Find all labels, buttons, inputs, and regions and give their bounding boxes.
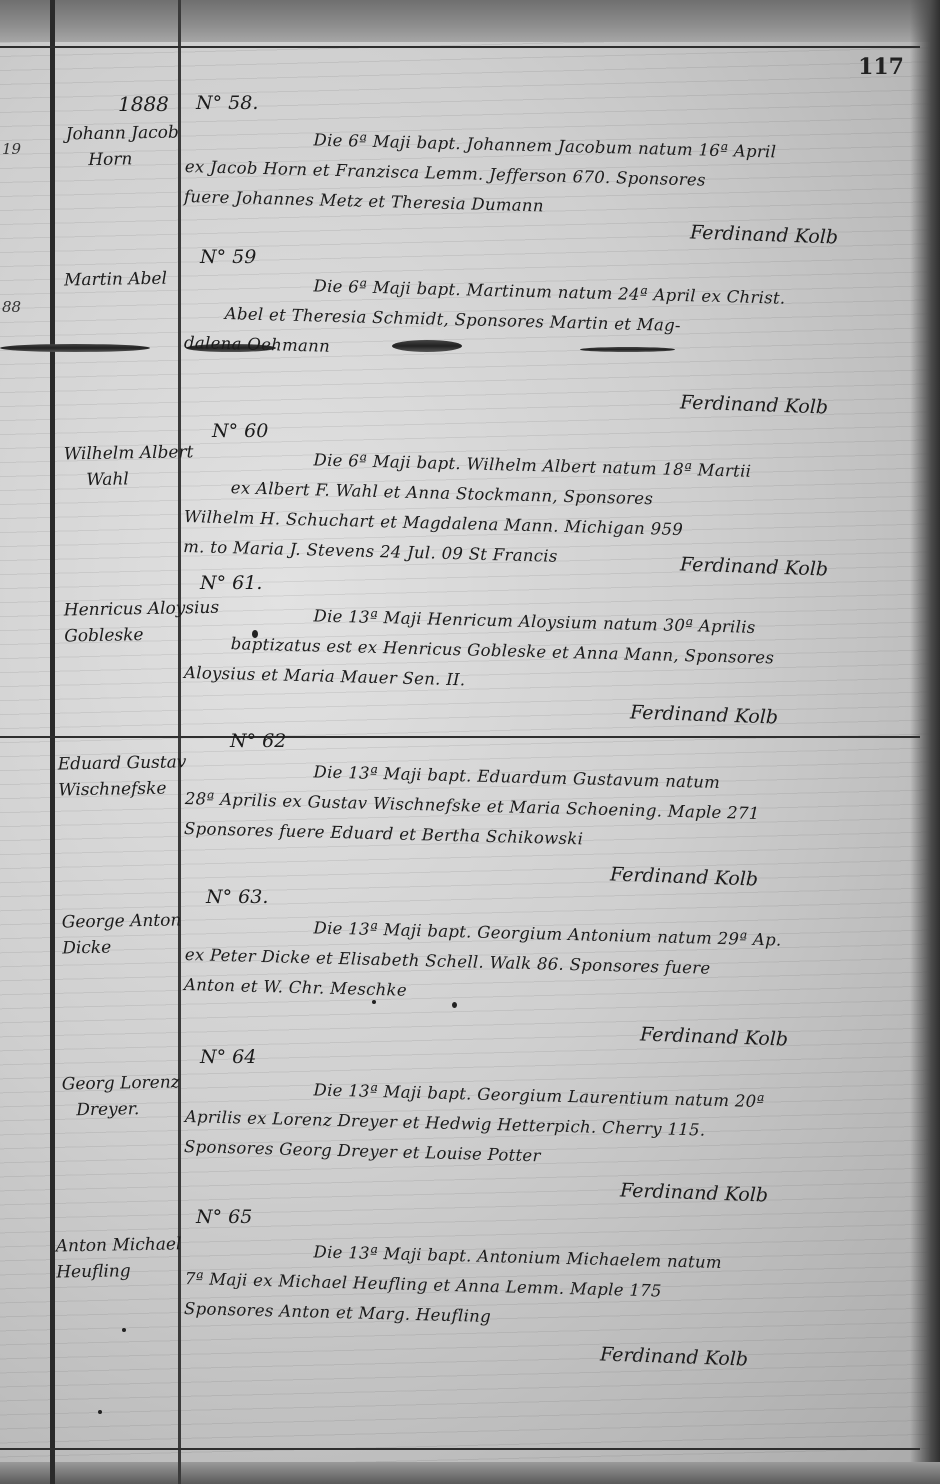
- entry-record: Die 6ª Maji bapt. Martinum natum 24ª Apr…: [184, 268, 906, 377]
- entry-number: N° 63.: [206, 886, 268, 908]
- priest-signature: Ferdinand Kolb: [610, 863, 759, 890]
- entry-number: N° 61.: [200, 572, 262, 594]
- entry-record: Die 13ª Maji bapt. Antonium Michaelem na…: [184, 1234, 906, 1343]
- scan-right-edge: [910, 0, 940, 1484]
- entry-record: Die 13ª Maji bapt. Georgium Laurentium n…: [184, 1072, 906, 1181]
- priest-signature: Ferdinand Kolb: [680, 553, 829, 580]
- ink-speck: [98, 1410, 102, 1414]
- priest-signature: Ferdinand Kolb: [620, 1179, 769, 1206]
- header-rule: [0, 46, 920, 48]
- priest-signature: Ferdinand Kolb: [640, 1023, 789, 1050]
- scan-bottom-edge: [0, 1462, 940, 1484]
- scan-top-shadow: [0, 0, 940, 42]
- margin-mark: 88: [2, 298, 21, 316]
- entry-number: N° 58.: [196, 92, 258, 114]
- priest-signature: Ferdinand Kolb: [600, 1343, 749, 1370]
- margin-rule: [50, 0, 55, 1484]
- page-number: 117: [858, 54, 904, 80]
- entry-record: Die 13ª Maji bapt. Eduardum Gustavum nat…: [184, 754, 906, 863]
- ink-speck: [122, 1328, 126, 1332]
- ink-strike: [0, 344, 150, 352]
- section-rule: [0, 736, 920, 738]
- ink-speck: [452, 1002, 457, 1008]
- margin-mark: 19: [2, 140, 21, 158]
- priest-signature: Ferdinand Kolb: [630, 701, 779, 728]
- entry-number: N° 64: [200, 1046, 256, 1068]
- entry-record: Die 6ª Maji bapt. Johannem Jacobum natum…: [184, 122, 906, 231]
- register-year: 1888: [118, 92, 169, 116]
- entry-record: Die 13ª Maji Henricum Aloysium natum 30ª…: [184, 598, 906, 707]
- priest-signature: Ferdinand Kolb: [680, 391, 829, 418]
- footer-rule: [0, 1448, 920, 1450]
- register-page: 117 19 88 1888 N° 58. Johann Jacob Horn …: [0, 0, 940, 1484]
- entry-number: N° 65: [196, 1206, 252, 1228]
- ink-speck: [372, 1000, 376, 1004]
- entry-number: N° 62: [230, 730, 286, 752]
- entry-record: Die 13ª Maji bapt. Georgium Antonium nat…: [184, 910, 906, 1019]
- priest-signature: Ferdinand Kolb: [690, 221, 839, 248]
- ink-speck: [252, 630, 258, 638]
